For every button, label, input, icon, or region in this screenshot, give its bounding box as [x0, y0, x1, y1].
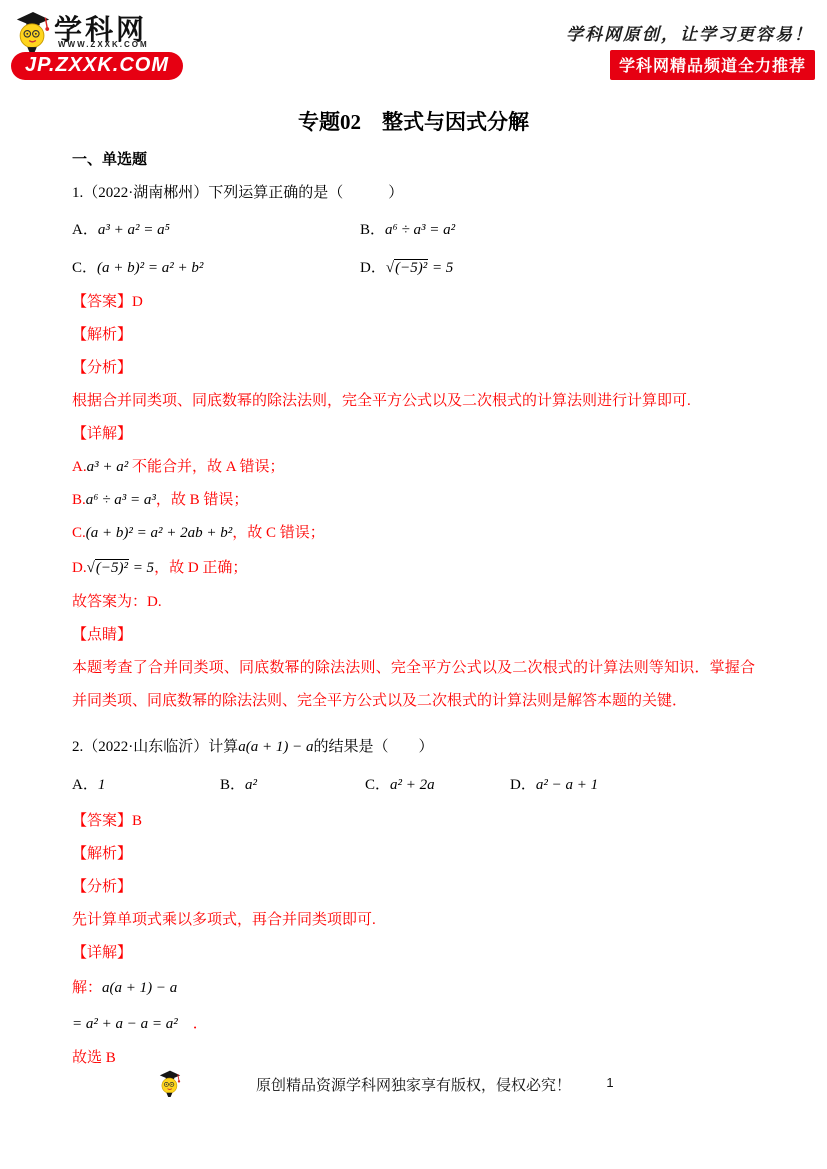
q1-note: 本题考查了合并同类项、同底数幂的除法法则、完全平方公式以及二次根式的计算法则等知…: [72, 652, 755, 718]
header-promo-badge: 学科网精品频道全力推荐: [610, 50, 815, 80]
detail-formula: a⁶ ÷ a³ = a³: [86, 492, 156, 508]
worksheet-page: 学科网 www.zxxk.com JP.ZXXK.COM 学科网原创，让学习更容…: [0, 0, 827, 1169]
q1-option-c: C．(a + b)² = a² + b²: [72, 250, 360, 286]
q1-analysis: 根据合并同类项、同底数幂的除法法则，完全平方公式以及二次根式的计算法则进行计算即…: [72, 385, 755, 418]
detail-formula: a³ + a²: [87, 459, 129, 475]
q2-option-a: A．1: [72, 765, 220, 805]
q1-option-b-formula: a⁶ ÷ a³ = a²: [385, 222, 455, 238]
q1-options-row-2: C．(a + b)² = a² + b² D．√(−5)² = 5: [72, 250, 755, 286]
detail-pre: D.: [72, 560, 87, 576]
q2-option-a-label: A．: [72, 777, 98, 793]
q1-detail-a: A.a³ + a² 不能合并，故 A 错误；: [72, 451, 755, 484]
header-slogan: 学科网原创，让学习更容易！: [566, 20, 813, 45]
q1-conclusion: 故答案为：D.: [72, 586, 755, 619]
q1-option-d-tail: = 5: [428, 260, 453, 276]
solve-formula: a(a + 1) − a: [102, 980, 177, 996]
detail-pre: B.: [72, 492, 86, 508]
footer-copyright: 原创精品资源学科网独家享有版权，侵权必究！: [0, 1074, 827, 1095]
q1-detail-b: B.a⁶ ÷ a³ = a³，故 B 错误；: [72, 484, 755, 517]
page-header: 学科网 www.zxxk.com JP.ZXXK.COM 学科网原创，让学习更容…: [0, 0, 827, 92]
step-formula: = a² + a − a = a²: [72, 1016, 178, 1032]
q2-jiexi-marker: 【解析】: [72, 838, 755, 871]
q2-step-line: = a² + a − a = a² ．: [72, 1006, 755, 1042]
q2-option-d-formula: a² − a + 1: [536, 777, 598, 793]
q2-fenxi-marker: 【分析】: [72, 871, 755, 904]
q2-option-c-formula: a² + 2a: [390, 777, 435, 793]
document-body: 专题02 整式与因式分解 一、单选题 1.（2022·湖南郴州）下列运算正确的是…: [72, 92, 755, 1075]
q2-stem: 2.（2022·山东临沂）计算a(a + 1) − a的结果是（ ）: [72, 729, 755, 765]
q1-option-a: A．a³ + a² = a⁵: [72, 210, 360, 250]
page-number: 1: [598, 1075, 622, 1090]
q1-options-row-1: A．a³ + a² = a⁵ B．a⁶ ÷ a³ = a²: [72, 210, 755, 250]
q2-option-a-formula: 1: [98, 777, 106, 793]
sqrt-sign: √: [386, 260, 394, 276]
q2-options-row: A．1 B．a² C．a² + 2a D．a² − a + 1: [72, 765, 755, 805]
detail-post: ，故 B 错误；: [156, 492, 249, 508]
detail-post: ，故 C 错误；: [232, 525, 325, 541]
q1-option-d: D．√(−5)² = 5: [360, 250, 453, 286]
q1-option-b-label: B．: [360, 222, 385, 238]
q1-answer: 【答案】D: [72, 286, 755, 319]
q2-option-c: C．a² + 2a: [365, 765, 510, 805]
detail-pre: C.: [72, 525, 86, 541]
q1-option-c-label: C．: [72, 260, 97, 276]
q1-option-a-label: A．: [72, 222, 98, 238]
sqrt-sign: √: [87, 560, 95, 576]
q2-stem-formula: a(a + 1) − a: [238, 739, 313, 755]
q2-option-b-formula: a²: [245, 777, 257, 793]
detail-pre: A.: [72, 459, 87, 475]
q2-stem-post: 的结果是（ ）: [313, 739, 433, 755]
q2-stem-pre: 2.（2022·山东临沂）计算: [72, 739, 238, 755]
q2-analysis: 先计算单项式乘以多项式，再合并同类项即可.: [72, 904, 755, 937]
jp-zxxk-badge: JP.ZXXK.COM: [11, 52, 183, 80]
q1-option-b: B．a⁶ ÷ a³ = a²: [360, 210, 455, 250]
detail-post: ，故 D 正确；: [154, 560, 247, 576]
q2-solve-line: 解：a(a + 1) − a: [72, 970, 755, 1006]
q2-option-b-label: B．: [220, 777, 245, 793]
detail-mid: = 5: [129, 560, 154, 576]
detail-post: 不能合并，故 A 错误；: [128, 459, 284, 475]
q2-option-d-label: D．: [510, 777, 536, 793]
q1-detail-d: D.√(−5)² = 5，故 D 正确；: [72, 550, 755, 586]
mascot-icon: [14, 5, 52, 55]
q1-option-a-formula: a³ + a² = a⁵: [98, 222, 170, 238]
brand-site-text: www.zxxk.com: [58, 40, 149, 49]
q1-stem: 1.（2022·湖南郴州）下列运算正确的是（ ）: [72, 177, 755, 210]
page-title: 专题02 整式与因式分解: [72, 106, 755, 136]
q2-option-c-label: C．: [365, 777, 390, 793]
section-heading: 一、单选题: [72, 144, 755, 177]
radicand: (−5)²: [95, 559, 129, 576]
q1-jiexi-marker: 【解析】: [72, 319, 755, 352]
q2-option-d: D．a² − a + 1: [510, 765, 598, 805]
q1-xiangjie-marker: 【详解】: [72, 418, 755, 451]
q1-option-d-formula: √(−5)² = 5: [386, 259, 453, 276]
q1-dianjing-marker: 【点睛】: [72, 619, 755, 652]
q1-detail-c: C.(a + b)² = a² + 2ab + b²，故 C 错误；: [72, 517, 755, 550]
q2-xiangjie-marker: 【详解】: [72, 937, 755, 970]
q2-answer: 【答案】B: [72, 805, 755, 838]
q1-option-d-label: D．: [360, 260, 386, 276]
detail-formula: (a + b)² = a² + 2ab + b²: [86, 525, 232, 541]
q1-option-c-formula: (a + b)² = a² + b²: [97, 260, 203, 276]
radicand: (−5)²: [394, 259, 428, 276]
step-period: ．: [178, 1016, 208, 1032]
q2-option-b: B．a²: [220, 765, 365, 805]
q1-fenxi-marker: 【分析】: [72, 352, 755, 385]
solve-prefix: 解：: [72, 980, 102, 996]
detail-formula: √(−5)² = 5: [87, 559, 154, 576]
